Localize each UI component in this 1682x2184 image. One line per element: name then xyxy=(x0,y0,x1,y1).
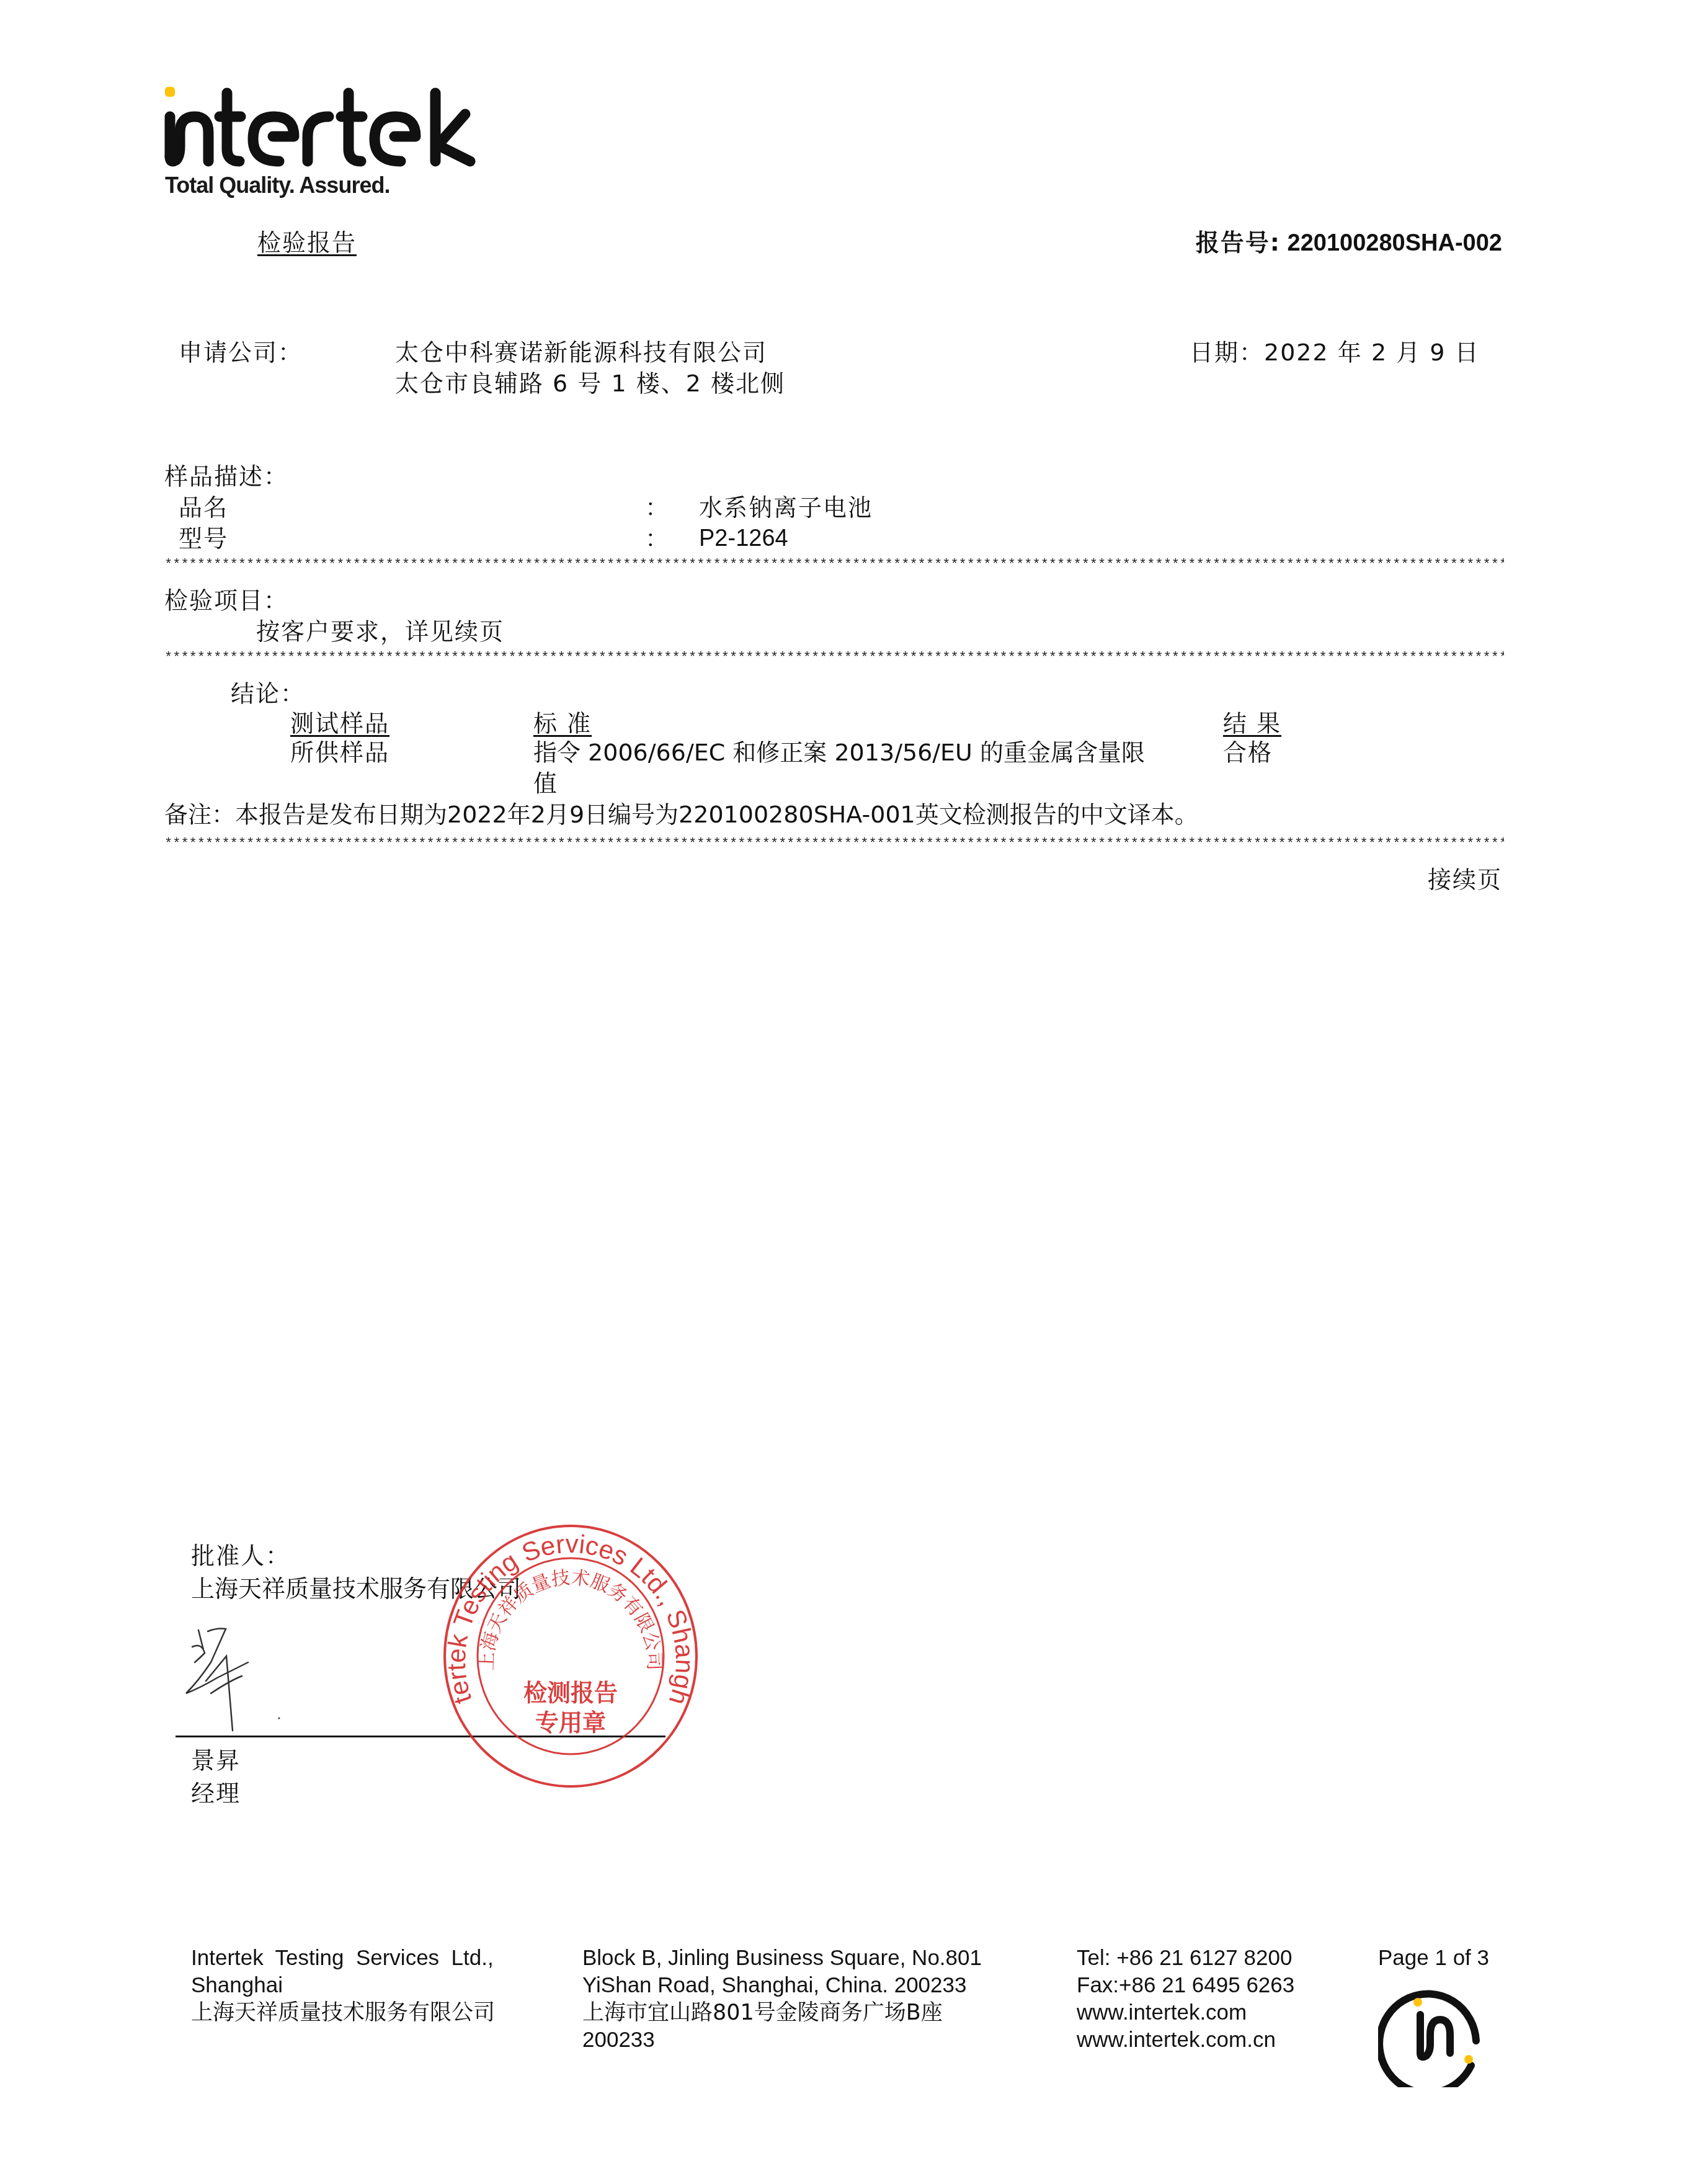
approver-title: 经理 xyxy=(191,1779,241,1807)
official-stamp: Intertek Testing Services Ltd., Shanghai… xyxy=(437,1520,704,1796)
sample-field-name-label: 品名 xyxy=(179,493,228,522)
sample-field-model-value: P2-1264 xyxy=(699,524,788,553)
page-number: Page 1 of 3 xyxy=(1378,1945,1489,1972)
sample-description-label: 样品描述： xyxy=(164,462,288,491)
sample-field-name-sep: ： xyxy=(645,493,670,522)
separator-line: ****************************************… xyxy=(164,651,1504,665)
footer-fax: Fax:+86 21 6495 6263 xyxy=(1077,1972,1294,1999)
report-date-value: 2022 年 2 月 9 日 xyxy=(1264,339,1479,366)
stamp-center-line1: 检测报告 xyxy=(523,1679,618,1706)
result-row-standard-cont: 值 xyxy=(533,769,558,798)
applicant-label: 申请公司： xyxy=(179,338,303,367)
footer-address-line2: YiShan Road, Shanghai, China. 200233 xyxy=(582,1972,982,1999)
footer-contact: Tel: +86 21 6127 8200 Fax:+86 21 6495 62… xyxy=(1077,1945,1294,2054)
approver-label: 批准人： xyxy=(191,1541,290,1570)
footer-company: Intertek Testing Services Ltd., Shanghai… xyxy=(191,1945,526,2026)
intertek-round-logo xyxy=(1378,1972,1490,2090)
footer-address-zip: 200233 xyxy=(582,2026,982,2054)
column-header-result: 结 果 xyxy=(1223,709,1281,738)
brand-tagline: Total Quality. Assured. xyxy=(165,172,389,198)
applicant-company: 太仓中科赛诺新能源科技有限公司 xyxy=(395,338,767,367)
footer-address: Block B, Jinling Business Square, No.801… xyxy=(582,1945,982,2054)
intertek-logo xyxy=(162,87,485,171)
approver-name: 景昇 xyxy=(191,1746,241,1775)
sample-field-model-sep: ： xyxy=(645,524,670,553)
separator-line: ****************************************… xyxy=(164,837,1504,851)
intertek-wordmark-icon xyxy=(162,87,485,167)
stamp-center-line2: 专用章 xyxy=(535,1709,606,1736)
applicant-address: 太仓市良辅路 6 号 1 楼、2 楼北侧 xyxy=(395,369,785,398)
separator-line: ****************************************… xyxy=(164,558,1504,572)
continued-note: 接续页 xyxy=(1428,865,1502,894)
signature-icon xyxy=(174,1625,298,1737)
report-date-label: 日期： xyxy=(1190,339,1264,366)
footer-address-cn: 上海市宜山路801号金陵商务广场B座 xyxy=(582,1999,982,2026)
conclusion-label: 结论： xyxy=(231,679,305,708)
footer-website-cn[interactable]: www.intertek.com.cn xyxy=(1077,2026,1294,2054)
test-items-text: 按客户要求，详见续页 xyxy=(256,617,504,646)
intertek-in-roundel-icon xyxy=(1378,1972,1490,2087)
result-row-sample: 所供样品 xyxy=(290,738,389,767)
document-title: 检验报告 xyxy=(257,228,357,257)
stamp-seal-icon: Intertek Testing Services Ltd., Shanghai… xyxy=(437,1520,704,1793)
sample-field-model-label: 型号 xyxy=(179,524,228,553)
footer-tel: Tel: +86 21 6127 8200 xyxy=(1077,1945,1294,1972)
report-number-value: 220100280SHA-002 xyxy=(1288,230,1503,256)
remark-text: 备注：本报告是发布日期为2022年2月9日编号为220100280SHA-001… xyxy=(164,800,1198,829)
footer-address-line1: Block B, Jinling Business Square, No.801 xyxy=(582,1945,982,1972)
result-row-standard: 指令 2006/66/EC 和修正案 2013/56/EU 的重金属含量限 xyxy=(533,738,1145,767)
column-header-standard: 标 准 xyxy=(533,709,592,738)
column-header-sample: 测试样品 xyxy=(290,709,389,738)
footer-company-en: Intertek Testing Services Ltd., xyxy=(191,1945,526,1972)
footer-website[interactable]: www.intertek.com xyxy=(1077,1999,1294,2026)
footer-company-en-city: Shanghai xyxy=(191,1972,526,1999)
report-number-label: 报告号: xyxy=(1196,229,1281,256)
footer-company-cn: 上海天祥质量技术服务有限公司 xyxy=(191,1999,526,2026)
report-date: 日期：2022 年 2 月 9 日 xyxy=(1190,338,1479,367)
report-number: 报告号: 220100280SHA-002 xyxy=(1196,228,1502,257)
test-items-label: 检验项目： xyxy=(164,586,288,615)
sample-field-name-value: 水系钠离子电池 xyxy=(699,493,873,522)
result-row-result: 合格 xyxy=(1223,738,1273,767)
signature xyxy=(174,1625,298,1740)
